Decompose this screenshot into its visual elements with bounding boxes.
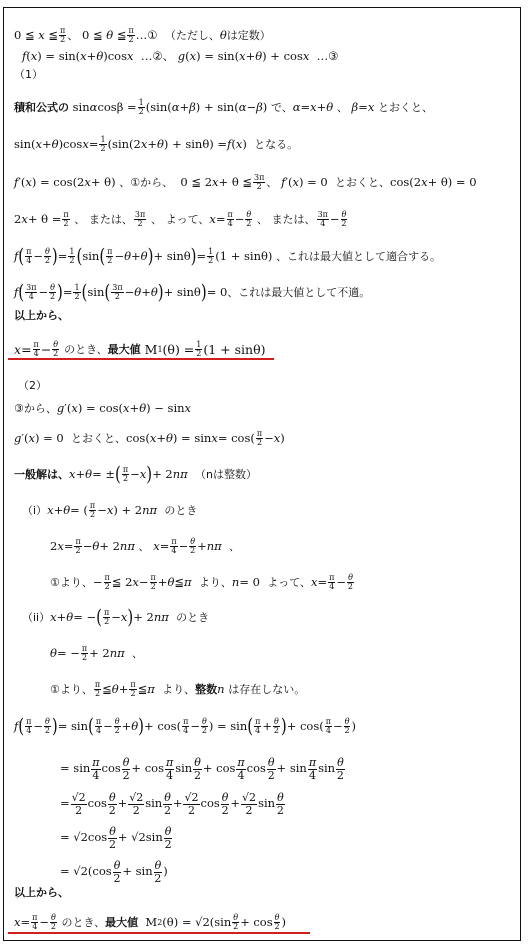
tookuto-text: とおくと、 bbox=[378, 102, 433, 113]
case-i-label: （i） bbox=[22, 505, 47, 516]
label-2: …②、 bbox=[141, 51, 174, 63]
saidaichi-text: 最大値 bbox=[105, 917, 138, 928]
futeki-text: 、これは最大値として不適。 bbox=[227, 287, 370, 298]
kara1-text: ①から、 bbox=[130, 177, 173, 188]
p1-line-3: f ′(x) = cos(2x + θ) 、①から、 0 ≦ 2x + θ ≦3… bbox=[14, 174, 477, 192]
de-text: で、 bbox=[271, 102, 293, 113]
p2-conclusion: x =π4−θ2 のとき、最大値 M2(θ) = √2(sinθ2+ cosθ2… bbox=[14, 914, 286, 932]
p2-line-3: 一般解は、x + θ = ±(π2− x) + 2n π （nは整数） bbox=[14, 466, 257, 484]
conclusion2-underline bbox=[8, 932, 310, 934]
conclusion1-underline bbox=[8, 358, 274, 360]
comma: 、 bbox=[337, 102, 348, 113]
p2-line-1: ③から、g′(x) = cos(x + θ) − sinx bbox=[14, 403, 191, 415]
comma: 、 bbox=[266, 177, 277, 188]
notoki-text: のとき、 bbox=[64, 344, 108, 355]
saidaichi-text: 最大値 bbox=[108, 344, 141, 355]
notoki-plain: のとき bbox=[164, 505, 197, 516]
tekigou-text: 、これは最大値として適合する。 bbox=[276, 251, 441, 262]
ijoukara-text: 以上から、 bbox=[14, 310, 69, 321]
part1-heading: （1） bbox=[14, 69, 43, 80]
label-1: …① bbox=[136, 30, 158, 42]
note-close: は定数） bbox=[227, 30, 271, 41]
sonzai-text: は存在しない。 bbox=[228, 684, 305, 695]
comma: 、 bbox=[151, 214, 162, 225]
comma: 、 bbox=[74, 214, 85, 225]
case-ii-label: （ii） bbox=[22, 612, 50, 623]
seisuu-text: 整数 bbox=[195, 684, 217, 695]
p2-ijou: 以上から、 bbox=[14, 887, 69, 898]
mataha-text: または、 bbox=[272, 214, 316, 225]
kara3-text: ③から、 bbox=[14, 403, 57, 414]
p1-ijou: 以上から、 bbox=[14, 310, 69, 321]
comma: 、 bbox=[119, 177, 130, 188]
p2-eval-line-4: = √2cosθ2+ √2sinθ2 bbox=[60, 826, 173, 850]
notoki-plain: のとき bbox=[176, 612, 209, 623]
yori-text: より、 bbox=[199, 577, 232, 588]
p1-line-2: sin(x + θ)cosx =12(sin(2x + θ) + sinθ) =… bbox=[14, 136, 298, 154]
mataha-text: または、 bbox=[89, 214, 133, 225]
tookuto-text: とおくと、 bbox=[335, 177, 390, 188]
p2-case-i: （i）x + θ = (π2− x) + 2n π のとき bbox=[22, 502, 197, 520]
p1-line-6: f(3π4−θ2) =12(sin (3π2− θ + θ) + sinθ) =… bbox=[14, 284, 370, 302]
tookuto-text: とおくと、 bbox=[71, 433, 126, 444]
sekiwa-label: 積和公式の bbox=[14, 102, 69, 113]
comma: 、 bbox=[229, 541, 240, 552]
part1-label: （1） bbox=[14, 69, 43, 80]
p2-case-ii-line-2: ①より、π2≦ θ +π2≦ π より、整数n は存在しない。 bbox=[50, 681, 305, 699]
comma: 、 bbox=[139, 541, 150, 552]
p2-case-ii: （ii）x + θ = −(π2− x) + 2n π のとき bbox=[22, 609, 209, 627]
p2-eval-line-1: f(π4−θ2) = sin (π4−θ2+ θ) + cos(π4−θ2) =… bbox=[14, 718, 356, 736]
functions-line: f(x) = sin(x + θ)cosx …②、 g(x) = sin(x +… bbox=[22, 51, 338, 63]
p1-conclusion: x =π4−θ2 のとき、最大値 M1(θ) =12(1 + sinθ) bbox=[14, 341, 266, 359]
notoki-text: のとき、 bbox=[62, 917, 106, 928]
yotte-text: よって、 bbox=[166, 214, 210, 225]
p2-eval-line-5: = √2(cosθ2+ sinθ2) bbox=[60, 860, 168, 884]
p1-line-5: f(π4−θ2) =12(sin (π2− θ + θ) + sinθ) =12… bbox=[14, 248, 441, 266]
yori1-text: ①より、 bbox=[50, 684, 93, 695]
p2-eval-line-3: =√22cosθ2+√22sinθ2+√22cosθ2+√22sinθ2 bbox=[60, 792, 286, 816]
note-open: （ただし、 bbox=[165, 30, 220, 41]
ijoukara-text: 以上から、 bbox=[14, 887, 69, 898]
comma: 、 bbox=[257, 214, 268, 225]
p2-eval-line-2: = sinπ4cosθ2+ cosπ4sinθ2+ cosπ4cosθ2+ si… bbox=[60, 757, 346, 781]
yori1-text: ①より、 bbox=[50, 577, 93, 588]
p2-case-i-line-1: 2x =π2− θ + 2nπ 、 x =π4−θ2+ nπ 、 bbox=[50, 538, 240, 556]
p2-case-i-line-2: ①より、−π2≦ 2x −π2+ θ ≦ π より、n = 0 よって、x =π… bbox=[50, 574, 355, 592]
comma: 、 bbox=[67, 30, 78, 41]
ippankai-text: 一般解は、 bbox=[14, 469, 69, 480]
yori-text: より、 bbox=[162, 684, 195, 695]
tonaru-text: となる。 bbox=[254, 139, 298, 150]
part2-heading: （2） bbox=[18, 380, 47, 391]
yotte2-text: よって、 bbox=[267, 577, 311, 588]
p2-case-ii-line-1: θ = −π2+ 2nπ 、 bbox=[50, 645, 143, 663]
comma: 、 bbox=[132, 648, 143, 659]
part2-label: （2） bbox=[14, 380, 47, 391]
nseisuu-text: （nは整数） bbox=[195, 469, 257, 480]
p2-line-2: g′(x) = 0 とおくと、cos(x + θ) = sinx = cos(π… bbox=[14, 430, 285, 448]
p1-line-1: 積和公式の sin αcosβ =12(sin(α + β) + sin(α −… bbox=[14, 99, 433, 117]
p1-line-4: 2x + θ =π2 、 または、3π2 、 よって、x =π4−θ2 、 また… bbox=[14, 211, 348, 229]
condition-line: 0 ≦ x ≦π2 、 0 ≦ θ ≦π2 …① （ただし、θは定数） bbox=[14, 27, 271, 45]
label-3: …③ bbox=[317, 51, 339, 63]
